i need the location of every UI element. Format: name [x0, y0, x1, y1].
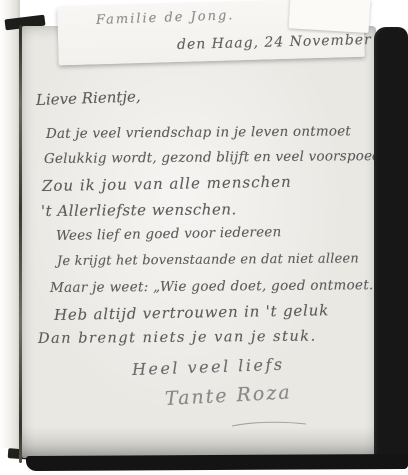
poem-line: Maar je weet: „Wie goed doet, goed ontmo…	[50, 277, 381, 296]
poem-line: Je krijgt het bovenstaande en dat niet a…	[57, 251, 359, 269]
salutation: Lieve Rientje,	[36, 87, 141, 109]
poem-line: Dan brengt niets je van je stuk.	[38, 329, 317, 347]
book-cover-right-edge	[374, 27, 408, 468]
page-bottom-shadow	[22, 426, 376, 458]
facing-page-edge	[0, 0, 20, 448]
loose-sheet-folded-corner	[289, 0, 371, 33]
binding-gutter	[19, 25, 22, 463]
book-cover-bottom-edge	[26, 454, 408, 471]
album-photo: Familie de Jong. den Haag, 24 November 1…	[0, 0, 408, 475]
poem-line: Dat je veel vriendschap in je leven ontm…	[46, 123, 351, 142]
poem-line: Gelukkig wordt, gezond blijft en veel vo…	[44, 148, 381, 167]
poem-line: 't Allerliefste wenschen.	[41, 200, 237, 220]
signature-flourish	[230, 418, 308, 430]
